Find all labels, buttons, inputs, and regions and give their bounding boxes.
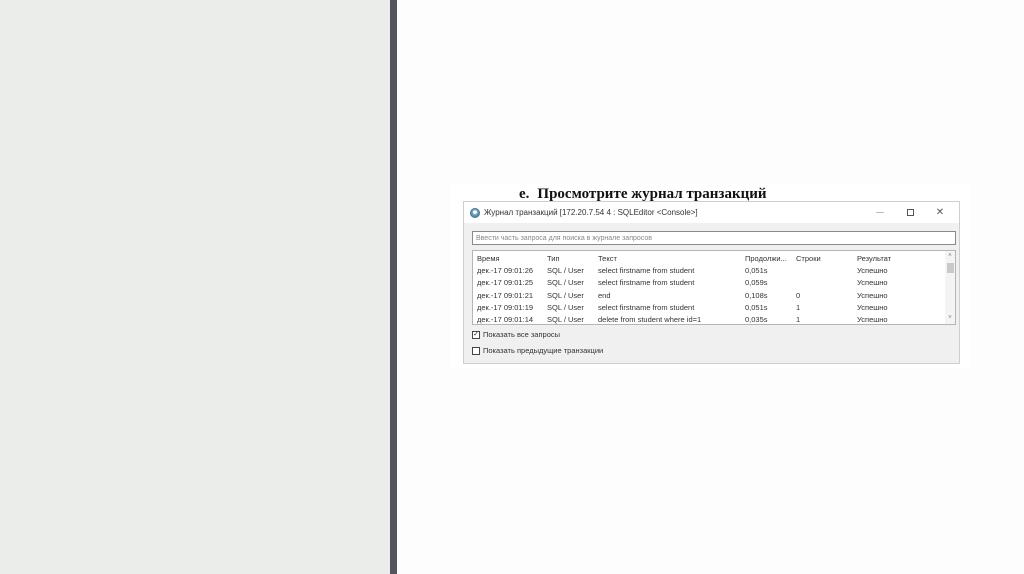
cell-duration: 0,051s xyxy=(745,265,793,277)
cell-text: select firstname from student xyxy=(598,302,743,314)
heading-number: e. xyxy=(519,186,529,202)
vertical-scrollbar[interactable]: ˄ ˅ xyxy=(945,251,955,324)
cell-duration: 0,059s xyxy=(745,277,793,289)
table-row[interactable]: дек.-17 09:01:25SQL / Userselect firstna… xyxy=(473,277,945,289)
column-header-result[interactable]: Результат xyxy=(857,253,917,265)
minimize-button[interactable] xyxy=(865,202,895,223)
table-row[interactable]: дек.-17 09:01:21SQL / Userend0,108s0Успе… xyxy=(473,290,945,302)
show-previous-transactions-label: Показать предыдущие транзакции xyxy=(483,346,603,355)
window-controls: ✕ xyxy=(865,202,955,223)
cell-rows: 1 xyxy=(796,314,854,325)
show-all-queries-checkbox[interactable]: ✓ xyxy=(472,331,480,339)
table-row[interactable]: дек.-17 09:01:26SQL / Userselect firstna… xyxy=(473,265,945,277)
maximize-button[interactable] xyxy=(895,202,925,223)
cell-time: дек.-17 09:01:19 xyxy=(477,302,545,314)
cell-text: delete from student where id=1 xyxy=(598,314,743,325)
cell-text: select firstname from student xyxy=(598,265,743,277)
close-icon: ✕ xyxy=(936,207,944,218)
cell-rows: 1 xyxy=(796,302,854,314)
cell-text: select firstname from student xyxy=(598,277,743,289)
left-panel xyxy=(0,0,390,574)
cell-time: дек.-17 09:01:25 xyxy=(477,277,545,289)
show-all-queries-label: Показать все запросы xyxy=(483,330,560,339)
panel-divider xyxy=(390,0,397,574)
cell-text: end xyxy=(598,290,743,302)
cell-type: SQL / User xyxy=(547,265,597,277)
column-header-duration[interactable]: Продолжи... xyxy=(745,253,793,265)
cell-result: Успешно xyxy=(857,265,917,277)
minimize-icon xyxy=(876,212,884,213)
cell-result: Успешно xyxy=(857,277,917,289)
app-icon xyxy=(470,208,480,218)
cell-time: дек.-17 09:01:21 xyxy=(477,290,545,302)
scroll-thumb[interactable] xyxy=(947,263,954,273)
window-title: Журнал транзакций [172.20.7.54 4 : SQLEd… xyxy=(484,208,698,217)
maximize-icon xyxy=(907,209,914,216)
transaction-log-window: Журнал транзакций [172.20.7.54 4 : SQLEd… xyxy=(463,201,960,364)
cell-result: Успешно xyxy=(857,314,917,325)
cell-type: SQL / User xyxy=(547,277,597,289)
transaction-log-table: Время Тип Текст Продолжи... Строки Резул… xyxy=(472,250,956,325)
cell-type: SQL / User xyxy=(547,314,597,325)
cell-duration: 0,051s xyxy=(745,302,793,314)
scroll-down-icon[interactable]: ˅ xyxy=(945,314,955,323)
close-button[interactable]: ✕ xyxy=(925,202,955,223)
show-previous-transactions-checkbox[interactable] xyxy=(472,347,480,355)
query-search-input[interactable] xyxy=(472,231,956,245)
cell-duration: 0,108s xyxy=(745,290,793,302)
column-header-time[interactable]: Время xyxy=(477,253,545,265)
cell-type: SQL / User xyxy=(547,302,597,314)
cell-result: Успешно xyxy=(857,290,917,302)
column-header-text[interactable]: Текст xyxy=(598,253,743,265)
table-row[interactable]: дек.-17 09:01:19SQL / Userselect firstna… xyxy=(473,302,945,314)
cell-duration: 0,035s xyxy=(745,314,793,325)
cell-time: дек.-17 09:01:14 xyxy=(477,314,545,325)
heading-text: Просмотрите журнал транзакций xyxy=(537,186,766,202)
show-previous-transactions-option[interactable]: Показать предыдущие транзакции xyxy=(472,346,603,355)
column-header-rows[interactable]: Строки xyxy=(796,253,854,265)
cell-time: дек.-17 09:01:26 xyxy=(477,265,545,277)
scroll-up-icon[interactable]: ˄ xyxy=(945,252,955,261)
table-row[interactable]: дек.-17 09:01:14SQL / Userdelete from st… xyxy=(473,314,945,325)
show-all-queries-option[interactable]: ✓ Показать все запросы xyxy=(472,330,560,339)
cell-result: Успешно xyxy=(857,302,917,314)
cell-type: SQL / User xyxy=(547,290,597,302)
cell-rows: 0 xyxy=(796,290,854,302)
window-titlebar[interactable]: Журнал транзакций [172.20.7.54 4 : SQLEd… xyxy=(464,202,959,223)
column-header-type[interactable]: Тип xyxy=(547,253,597,265)
table-header-row: Время Тип Текст Продолжи... Строки Резул… xyxy=(473,253,945,265)
